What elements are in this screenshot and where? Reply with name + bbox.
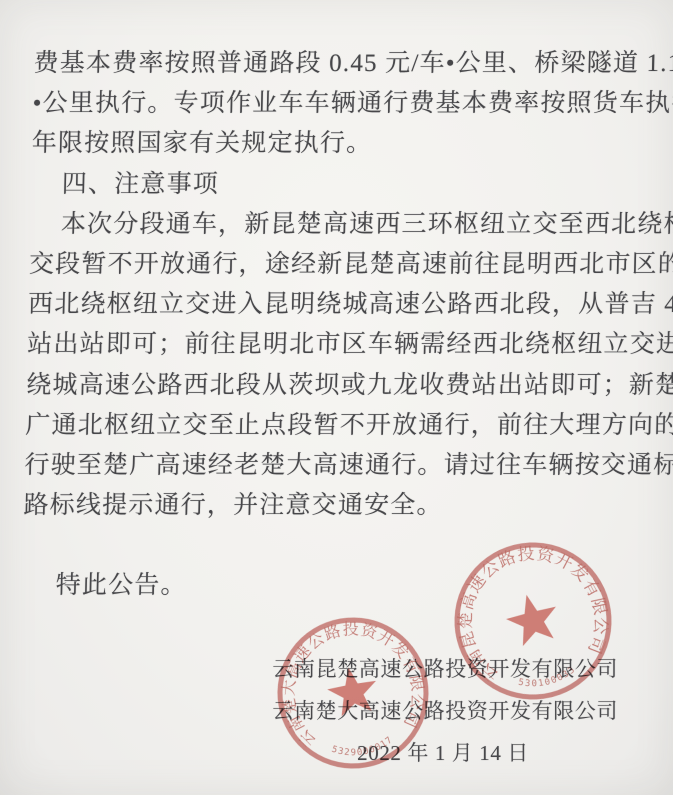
body-line: 年限按照国家有关规定执行。: [31, 124, 640, 164]
document-body: 费基本费率按照普通路段 0.45 元/车•公里、桥梁隧道 1.15 元/车 •公…: [21, 44, 642, 607]
body-line: •公里执行。专项作业车车辆通行费基本费率按照货车执行。收费: [32, 84, 641, 124]
star-icon: [502, 589, 564, 649]
body-line: 站出站即可；前往昆明北市区车辆需经西北绕枢纽立交进入昆明: [27, 325, 636, 365]
body-line: 广通北枢纽立交至止点段暂不开放通行，前往大理方向的车辆需: [25, 406, 634, 446]
section-heading-line: 四、注意事项: [30, 165, 639, 205]
body-line: 行驶至楚广高速经老楚大高速通行。请过往车辆按交通标志和道: [24, 446, 633, 486]
body-line: 交段暂不开放通行，途经新昆楚高速前往昆明西北市区的车辆经: [29, 245, 638, 285]
body-line: 路标线提示通行，并注意交通安全。: [23, 486, 632, 526]
seal-graphic: 云南楚大高速公路投资开发有限公司 5329000017: [260, 600, 445, 785]
announcement-document-photo: 费基本费率按照普通路段 0.45 元/车•公里、桥梁隧道 1.15 元/车 •公…: [0, 0, 673, 795]
star-icon: [324, 663, 381, 718]
body-line: 西北绕枢纽立交进入昆明绕城高速公路西北段，从普吉 4 号收费: [28, 285, 637, 325]
official-seal-chuda: 云南楚大高速公路投资开发有限公司 5329000017: [260, 600, 445, 785]
body-line: 本次分段通车，新昆楚高速西三环枢纽立交至西北绕枢纽立: [29, 205, 638, 245]
body-line: 费基本费率按照普通路段 0.45 元/车•公里、桥梁隧道 1.15 元/车: [33, 44, 642, 84]
body-line: 绕城高速公路西北段从茨坝或九龙收费站出站即可；新楚大高速: [26, 366, 635, 406]
